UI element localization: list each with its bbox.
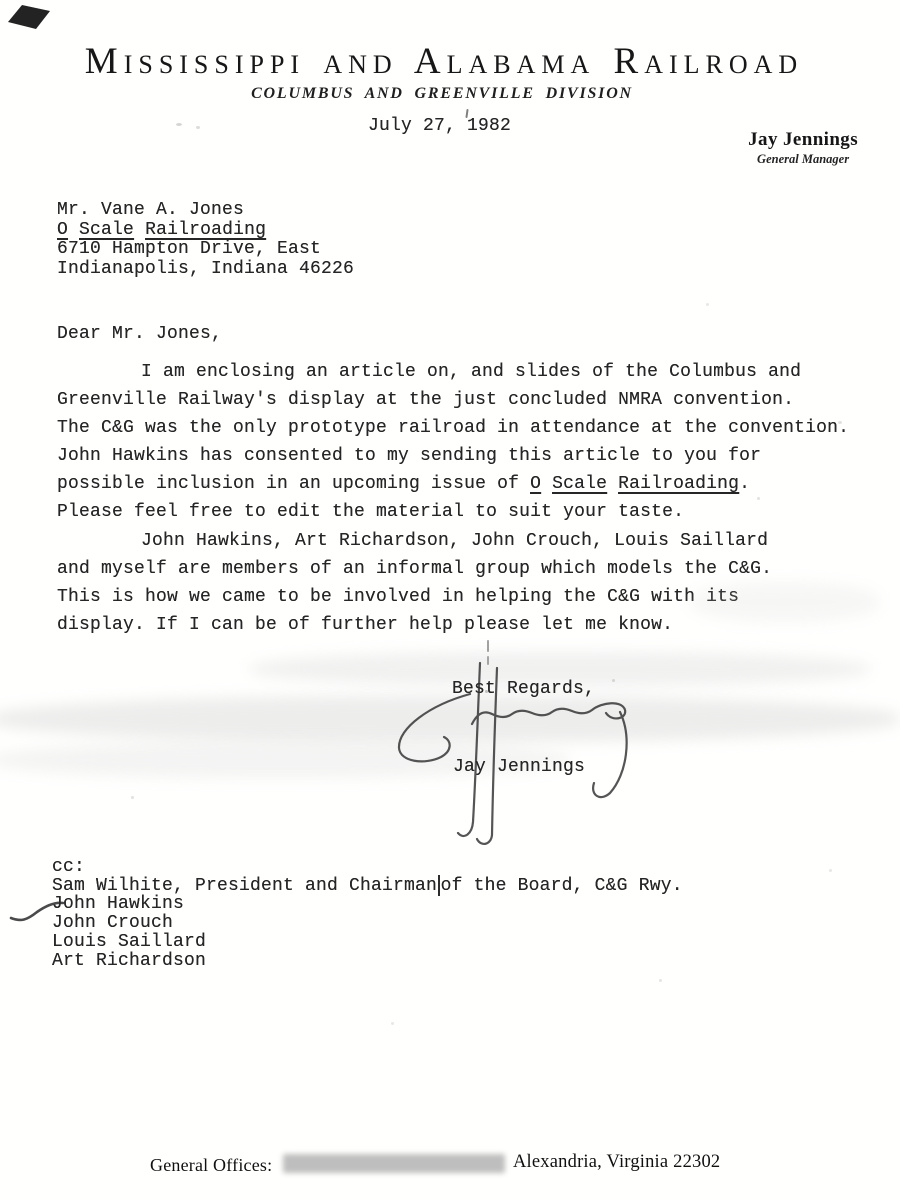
handwritten-checkmark bbox=[9, 896, 67, 924]
body-line: The C&G was the only prototype railroad … bbox=[57, 414, 849, 442]
scan-speck bbox=[196, 126, 200, 129]
recipient-street: 6710 Hampton Drive, East bbox=[57, 240, 354, 260]
cc-name: John Hawkins bbox=[52, 895, 683, 914]
manager-name: Jay Jennings bbox=[748, 129, 858, 151]
cc-block: cc: Sam Wilhite, President and Chairman … bbox=[52, 858, 683, 970]
body-line: possible inclusion in an upcoming issue … bbox=[57, 470, 849, 498]
letterhead-subtitle: COLUMBUS AND GREENVILLE DIVISION bbox=[0, 85, 892, 103]
body-line: John Hawkins, Art Richardson, John Crouc… bbox=[57, 527, 849, 555]
scan-speck bbox=[204, 484, 207, 487]
scan-speck bbox=[131, 796, 134, 799]
scan-speck bbox=[829, 869, 832, 872]
body-line: and myself are members of an informal gr… bbox=[57, 555, 849, 583]
scan-smudge bbox=[690, 582, 880, 622]
salutation: Dear Mr. Jones, bbox=[57, 324, 222, 344]
scan-speck bbox=[176, 123, 182, 126]
scan-corner-artifact bbox=[6, 2, 58, 34]
scan-speck bbox=[757, 497, 760, 500]
scan-speck bbox=[659, 979, 662, 982]
signature-scrawl bbox=[380, 652, 670, 852]
letterhead-title: Mississippi and Alabama Railroad bbox=[0, 40, 894, 83]
body-line: Greenville Railway's display at the just… bbox=[57, 386, 849, 414]
scan-speck bbox=[838, 421, 842, 424]
scan-speck bbox=[706, 303, 709, 306]
body-line: John Hawkins has consented to my sending… bbox=[57, 442, 849, 470]
cc-name: Art Richardson bbox=[52, 952, 683, 971]
scan-speck bbox=[485, 690, 488, 693]
manager-block: Jay Jennings General Manager bbox=[748, 129, 858, 167]
scan-speck bbox=[391, 1022, 394, 1025]
signed-name: Jay Jennings bbox=[453, 757, 585, 777]
recipient-address: Mr. Vane A. Jones O Scale Railroading 67… bbox=[57, 201, 354, 279]
letter-date: July 27, 1982 bbox=[368, 116, 511, 136]
footer-label: General Offices: bbox=[150, 1155, 272, 1176]
scan-speck bbox=[612, 679, 615, 682]
redacted-address-blur bbox=[283, 1154, 505, 1173]
footer-location: Alexandria, Virginia 22302 bbox=[513, 1152, 720, 1173]
letter-page: Mississippi and Alabama Railroad COLUMBU… bbox=[0, 0, 900, 1200]
recipient-city: Indianapolis, Indiana 46226 bbox=[57, 260, 354, 280]
scan-speck bbox=[487, 640, 489, 652]
recipient-name: Mr. Vane A. Jones bbox=[57, 201, 354, 221]
cc-name: John Crouch bbox=[52, 914, 683, 933]
cc-label: cc: bbox=[52, 858, 683, 877]
body-line: Please feel free to edit the material to… bbox=[57, 498, 849, 526]
body-line: I am enclosing an article on, and slides… bbox=[57, 358, 849, 386]
manager-title: General Manager bbox=[748, 152, 858, 167]
cc-name: Louis Saillard bbox=[52, 933, 683, 952]
recipient-publication: O Scale Railroading bbox=[57, 221, 354, 241]
typed-overstrike-mark bbox=[438, 875, 440, 896]
cc-chairman-line: Sam Wilhite, President and Chairman of t… bbox=[52, 877, 683, 896]
scan-speck bbox=[487, 656, 489, 665]
